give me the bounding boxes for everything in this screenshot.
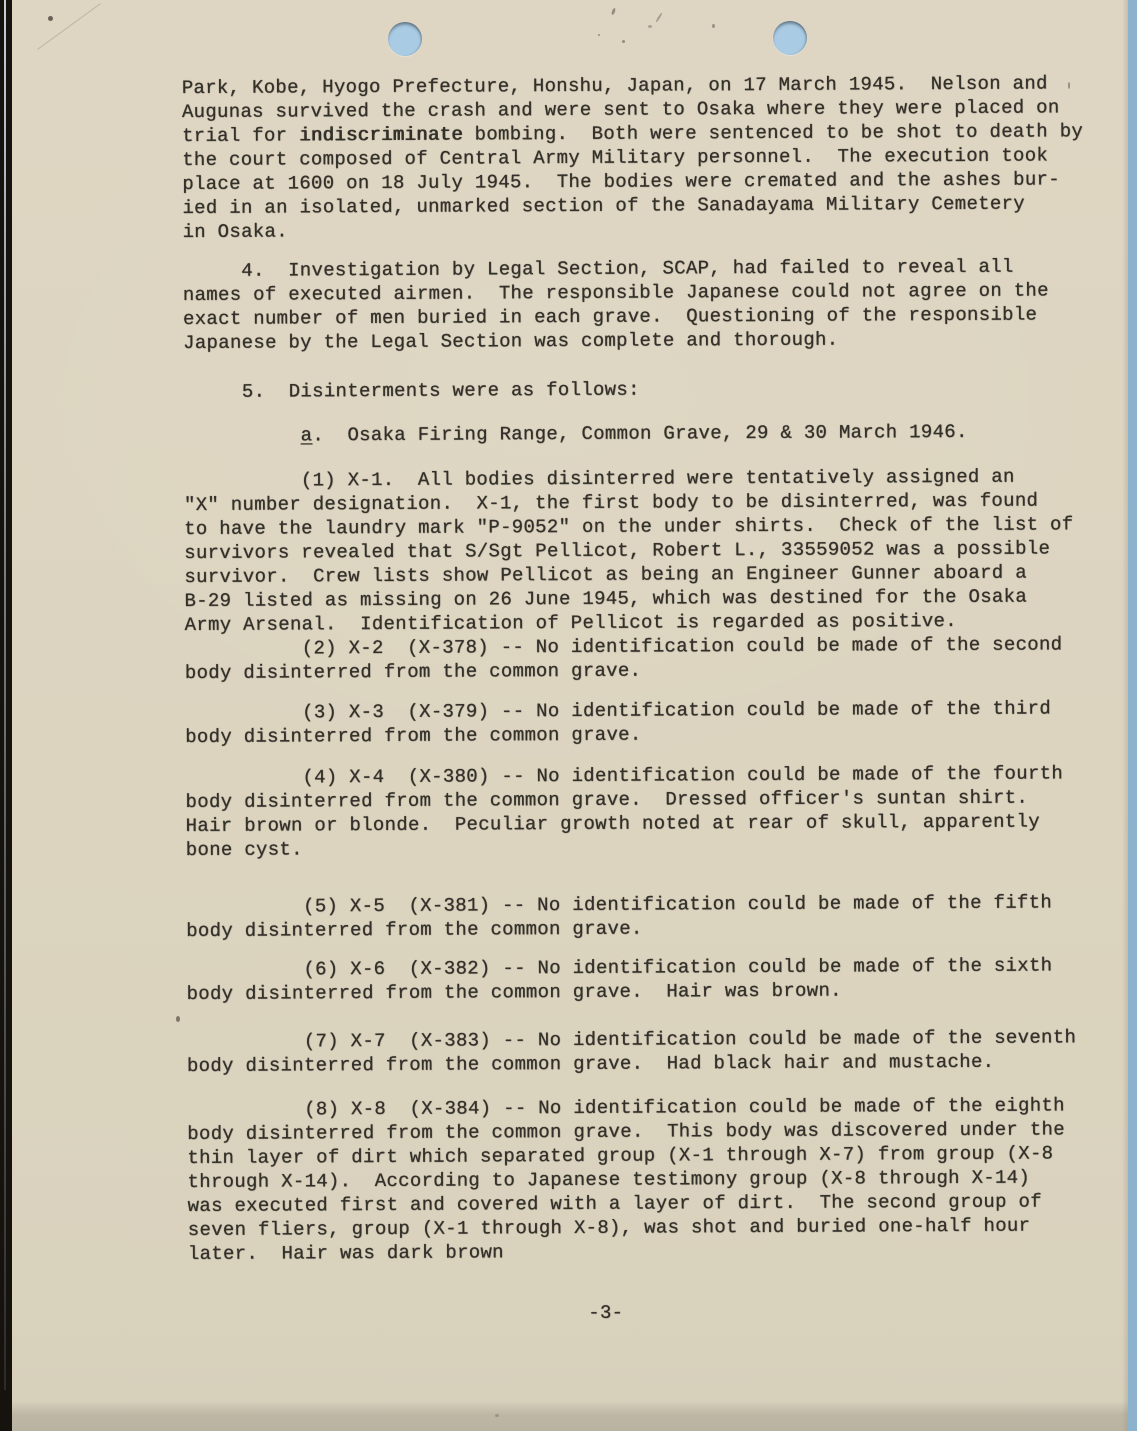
item-5: (5) X-5 (X-381) -- No identification cou…: [186, 890, 1137, 943]
item-8: (8) X-8 (X-384) -- No identification cou…: [187, 1093, 1137, 1266]
text-line: later. Hair was dark brown: [188, 1237, 1137, 1266]
text-line: in Osaka.: [182, 215, 1134, 244]
text-line: body disinterred from the common grave.: [185, 656, 1137, 685]
text-line: (7) X-7 (X-383) -- No identification cou…: [187, 1025, 1137, 1054]
item-7: (7) X-7 (X-383) -- No identification cou…: [187, 1025, 1137, 1078]
paragraph-4: 4. Investigation by Legal Section, SCAP,…: [183, 254, 1135, 355]
text-line: body disinterred from the common grave.: [186, 914, 1137, 943]
text-line: Japanese by the Legal Section was comple…: [183, 326, 1135, 355]
text-line: exact number of men buried in each grave…: [183, 302, 1135, 331]
text-line: ied in an isolated, unmarked section of …: [182, 191, 1134, 220]
paragraph-5: 5. Disinterments were as follows:: [183, 375, 1135, 404]
paragraphs: Park, Kobe, Hyogo Prefecture, Honshu, Ja…: [182, 71, 1137, 1266]
typewritten-text: Park, Kobe, Hyogo Prefecture, Honshu, Ja…: [0, 0, 1137, 1328]
text-line: (6) X-6 (X-382) -- No identification cou…: [186, 953, 1137, 982]
text-line: seven fliers, group (X-1 through X-8), w…: [188, 1213, 1137, 1242]
item-1-and-2: (1) X-1. All bodies disinterred were ten…: [184, 464, 1137, 685]
item-6: (6) X-6 (X-382) -- No identification cou…: [186, 953, 1137, 1006]
page-number: -3-: [588, 1298, 1137, 1325]
text-line: (5) X-5 (X-381) -- No identification cou…: [186, 890, 1137, 919]
text-line: Hair brown or blonde. Peculiar growth no…: [186, 809, 1137, 838]
paragraph-continuation: Park, Kobe, Hyogo Prefecture, Honshu, Ja…: [182, 71, 1135, 244]
text-line: (3) X-3 (X-379) -- No identification cou…: [185, 696, 1137, 725]
text-line: body disinterred from the common grave. …: [187, 1049, 1137, 1078]
paper-speck: [495, 1414, 499, 1417]
text-line: (2) X-2 (X-378) -- No identification cou…: [185, 632, 1137, 661]
text-line: a. Osaka Firing Range, Common Grave, 29 …: [184, 419, 1136, 448]
scan-bottom-shadow: [12, 1401, 1128, 1431]
document-page: Park, Kobe, Hyogo Prefecture, Honshu, Ja…: [0, 0, 1137, 1431]
text-line: B-29 listed as missing on 26 June 1945, …: [184, 584, 1136, 613]
text-line: body disinterred from the common grave. …: [186, 977, 1137, 1006]
text-line: body disinterred from the common grave.: [185, 720, 1137, 749]
text-line: 5. Disinterments were as follows:: [183, 375, 1135, 404]
item-4: (4) X-4 (X-380) -- No identification cou…: [185, 761, 1137, 862]
item-a-heading: a. Osaka Firing Range, Common Grave, 29 …: [184, 419, 1136, 448]
text-line: bone cyst.: [186, 833, 1137, 862]
item-3: (3) X-3 (X-379) -- No identification cou…: [185, 696, 1137, 749]
